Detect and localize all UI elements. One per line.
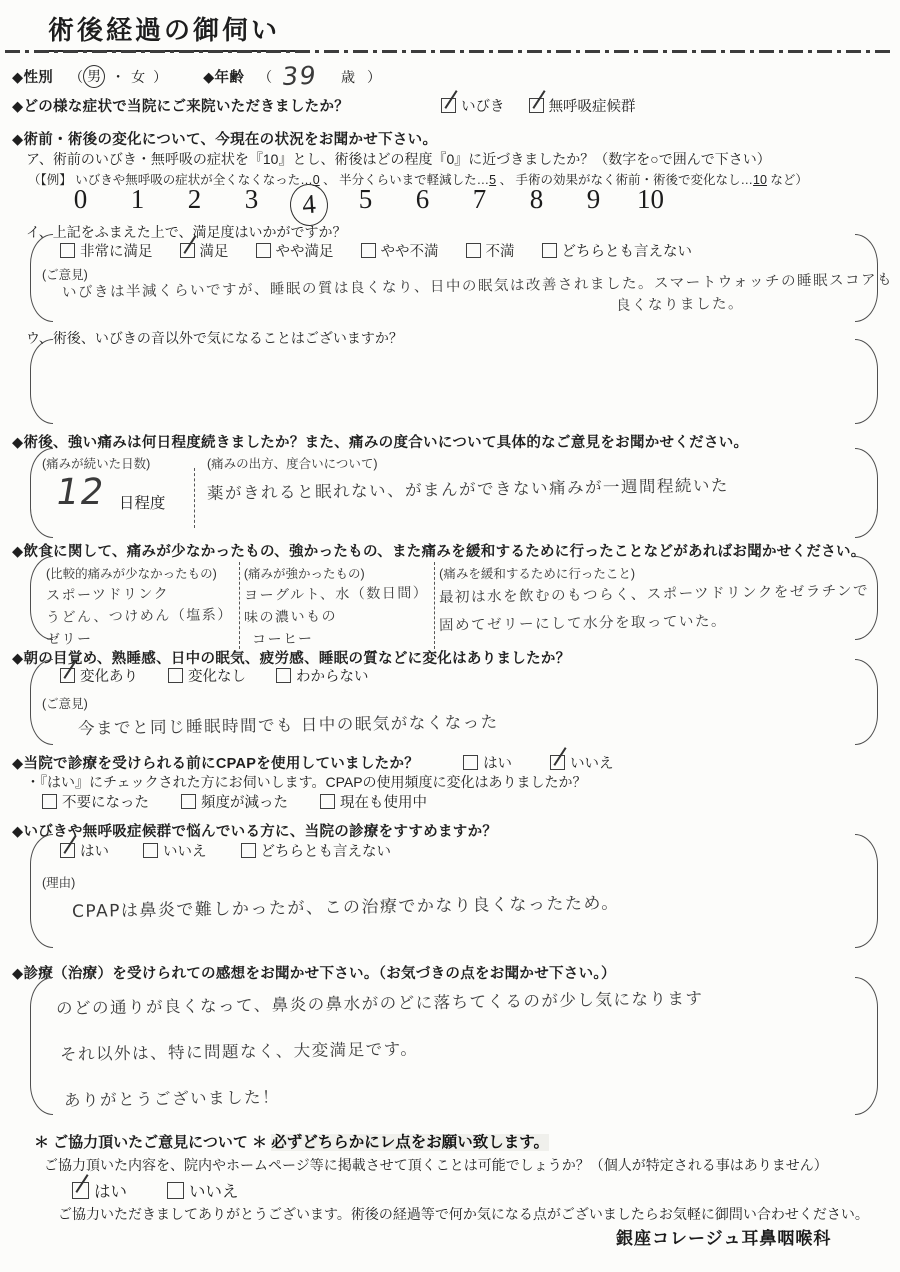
cpap-followup: ・『はい』にチェックされた方にお伺いします。CPAPの使用頻度に変化はありました…: [26, 772, 587, 792]
diet-box: (比較的痛みが少なかったもの) スポーツドリンク うどん、つけめん（塩系） ゼリ…: [30, 556, 878, 640]
pain-box: (痛みが続いた日数) 12 日程度 (痛みの出方、度合いについて) 薬がきれると…: [30, 448, 878, 538]
profile-row: ◆性別 （ 男 ・ 女 ） ◆年齢 （ 39 歳 ）: [12, 62, 381, 91]
opt-fuman[interactable]: 不満: [466, 240, 515, 261]
scale-6[interactable]: 6: [394, 184, 451, 226]
gender-male-circled[interactable]: 男: [83, 65, 105, 88]
publish-yes[interactable]: はい: [72, 1178, 127, 1202]
scale-question: ア、術前のいびき・無呼吸の症状を『10』とし、術後はどの程度『0』に近づきました…: [26, 149, 771, 169]
cpap-yes-checkbox[interactable]: [463, 755, 478, 770]
diet-col-less-pain: (比較的痛みが少なかったもの) スポーツドリンク うどん、つけめん（塩系） ゼリ…: [42, 562, 239, 649]
fuyo-checkbox[interactable]: [42, 794, 57, 809]
cpap-no[interactable]: いいえ: [550, 752, 614, 773]
publish-yes-checkbox[interactable]: [72, 1182, 89, 1199]
rec-hai-checkbox[interactable]: [60, 843, 75, 858]
symptom-option-mukokyu[interactable]: 無呼吸症候群: [529, 95, 636, 116]
cpap-yes[interactable]: はい: [463, 752, 512, 773]
symptom-question: ◆どの様な症状で当院にご来院いただきましたか？: [12, 95, 349, 116]
symptom-option-ibiki[interactable]: いびき: [441, 95, 505, 116]
footer-note-bold: 必ずどちらかにレ点をお願い致します。: [271, 1134, 549, 1151]
genzai-shiyochu-checkbox[interactable]: [320, 794, 335, 809]
pain-days-col: (痛みが続いた日数) 12 日程度: [42, 454, 194, 530]
impression-line3: ありがとうございました！: [64, 1075, 848, 1111]
sleep-box: 変化あり 変化なし わからない (ご意見) 今までと同じ睡眠時間でも 日中の眠気…: [30, 659, 878, 745]
impression-box: のどの通りが良くなって、鼻炎の鼻水がのどに落ちてくるのが少し気になります それ以…: [30, 977, 878, 1115]
pain-desc-value: 薬がきれると眠れない、がまんができない痛みが一週間程続いた: [207, 472, 729, 504]
age-paren-close: ）: [367, 67, 381, 87]
publish-no[interactable]: いいえ: [167, 1178, 239, 1202]
opt-genzai-shiyochu[interactable]: 現在も使用中: [320, 791, 427, 812]
recommend-box: はい いいえ どちらとも言えない (理由) CPAPは鼻炎で難しかったが、この治…: [30, 834, 878, 948]
gender-paren-close: ）: [153, 67, 167, 87]
opt-hindo-hetta[interactable]: 頻度が減った: [181, 791, 288, 812]
diet-col-relief: (痛みを緩和するために行ったこと) 最初は水を飲むのもつらく、スポーツドリンクを…: [434, 562, 875, 649]
scale-10[interactable]: 10: [622, 184, 679, 226]
opt-wakaranai[interactable]: わからない: [276, 665, 369, 686]
pain-days-unit: 日程度: [119, 491, 166, 513]
mukokyu-checkbox[interactable]: [529, 98, 544, 113]
scale-7[interactable]: 7: [451, 184, 508, 226]
satisfaction-options: 非常に満足 満足 やや満足 やや不満 不満 どちらとも言えない: [60, 240, 848, 261]
impression-line1: のどの通りが良くなって、鼻炎の鼻水がのどに落ちてくるのが少し気になります: [56, 983, 848, 1019]
pain-days-value: 12: [52, 472, 108, 513]
recommend-options: はい いいえ どちらとも言えない: [60, 840, 848, 861]
questionnaire-page: 術後経過の御伺い ◆性別 （ 男 ・ 女 ） ◆年齢 （ 39 歳 ） ◆どの様…: [0, 0, 900, 1272]
gender-female[interactable]: 女: [131, 67, 145, 87]
opt-fuyo[interactable]: 不要になった: [42, 791, 149, 812]
rec-dochira-checkbox[interactable]: [241, 843, 256, 858]
symptom-row: ◆どの様な症状で当院にご来院いただきましたか？ いびき 無呼吸症候群: [12, 95, 872, 116]
gender-paren-open: （: [69, 67, 83, 87]
change-heading: ◆術前・術後の変化について、今現在の状況をお聞かせ下さい。: [12, 128, 437, 149]
impression-line2: それ以外は、特に問題なく、大変満足です。: [60, 1029, 848, 1065]
scale-8[interactable]: 8: [508, 184, 565, 226]
scale-1[interactable]: 1: [109, 184, 166, 226]
thanks-line: ご協力いただきましてありがとうございます。術後の経過等で何か気になる点がございま…: [58, 1204, 869, 1224]
opt-rec-iie[interactable]: いいえ: [143, 840, 207, 861]
diet-col-more-pain: (痛みが強かったもの) ヨーグルト、水（数日間） 味の濃いもの コーヒー: [239, 562, 434, 649]
opt-dochira[interactable]: どちらとも言えない: [542, 240, 693, 261]
gender-label: ◆性別: [12, 66, 53, 87]
cpap-row: ◆当院で診療を受けられる前にCPAPを使用していましたか？ はい いいえ: [12, 752, 614, 773]
opt-rec-hai[interactable]: はい: [60, 840, 109, 861]
chain-divider: [5, 50, 895, 53]
age-unit: 歳: [341, 67, 355, 87]
opt-manzoku[interactable]: 満足: [180, 240, 229, 261]
rec-iie-checkbox[interactable]: [143, 843, 158, 858]
opt-rec-dochira[interactable]: どちらとも言えない: [241, 840, 392, 861]
yaya-manzoku-checkbox[interactable]: [256, 243, 271, 258]
cpap-question: ◆当院で診療を受けられる前にCPAPを使用していましたか？: [12, 752, 419, 773]
scale-5[interactable]: 5: [337, 184, 394, 226]
henka-ari-checkbox[interactable]: [60, 668, 75, 683]
scale-2[interactable]: 2: [166, 184, 223, 226]
satisfaction-box: 非常に満足 満足 やや満足 やや不満 不満 どちらとも言えない (ご意見) いび…: [30, 234, 878, 322]
sleep-options: 変化あり 変化なし わからない: [60, 665, 848, 686]
scale-9[interactable]: 9: [565, 184, 622, 226]
ibiki-checkbox[interactable]: [441, 98, 456, 113]
gender-separator: ・: [111, 67, 125, 87]
fuman-checkbox[interactable]: [466, 243, 481, 258]
opt-henka-ari[interactable]: 変化あり: [60, 665, 138, 686]
opt-henka-nashi[interactable]: 変化なし: [168, 665, 246, 686]
scale-3[interactable]: 3: [223, 184, 280, 226]
wakaranai-checkbox[interactable]: [276, 668, 291, 683]
age-label: ◆年齢: [203, 66, 244, 87]
other-concerns-box: [30, 339, 878, 424]
publish-options: はい いいえ: [72, 1178, 239, 1202]
page-title: 術後経過の御伺い: [46, 16, 306, 52]
publish-question: ご協力頂いた内容を、院内やホームページ等に掲載させて頂くことは可能でしょうか？（…: [44, 1155, 828, 1175]
hindo-hetta-checkbox[interactable]: [181, 794, 196, 809]
pain-desc-col: (痛みの出方、度合いについて) 薬がきれると眠れない、がまんができない痛みが一週…: [195, 454, 729, 530]
rating-scale: 0 1 2 3 4 5 6 7 8 9 10: [52, 184, 679, 226]
scale-0[interactable]: 0: [52, 184, 109, 226]
manzoku-checkbox[interactable]: [180, 243, 195, 258]
age-paren-open: （: [258, 67, 272, 87]
henka-nashi-checkbox[interactable]: [168, 668, 183, 683]
age-value-handwritten: 39: [281, 61, 319, 91]
example-ten: 10: [753, 173, 767, 187]
yaya-fuman-checkbox[interactable]: [361, 243, 376, 258]
footer-note: ＊ ご協力頂いたご意見について ＊ 必ずどちらかにレ点をお願い致します。: [34, 1130, 549, 1152]
clinic-name: 銀座コレージュ耳鼻咽喉科: [616, 1224, 831, 1249]
opt-hijoni-manzoku[interactable]: 非常に満足: [60, 240, 153, 261]
publish-no-checkbox[interactable]: [167, 1182, 184, 1199]
hijoni-manzoku-checkbox[interactable]: [60, 243, 75, 258]
cpap-freq-options: 不要になった 頻度が減った 現在も使用中: [42, 791, 427, 812]
opt-yaya-fuman[interactable]: やや不満: [361, 240, 439, 261]
cpap-no-checkbox[interactable]: [550, 755, 565, 770]
scale-4-circled[interactable]: 4: [280, 184, 337, 226]
dochira-checkbox[interactable]: [542, 243, 557, 258]
opt-yaya-manzoku[interactable]: やや満足: [256, 240, 334, 261]
